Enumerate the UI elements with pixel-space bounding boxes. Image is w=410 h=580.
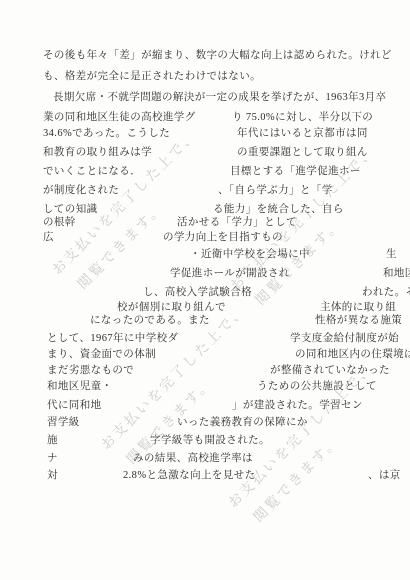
text-segment: の学力向上を目指すもの [163, 229, 283, 244]
text-segment: いった義務教育の保障にか [177, 414, 308, 429]
text-segment: ナ [47, 450, 58, 465]
text-segment: 広 [43, 229, 54, 244]
text-line: 校が個別に取り組んで主体的に取り組 [0, 299, 410, 313]
text-line: の根幹活かせる「学力」として [0, 214, 410, 228]
text-segment: 活かせる「学力」として [177, 214, 297, 229]
text-segment: 学促進ホールが開設され [170, 265, 290, 280]
text-segment: 生 [386, 246, 397, 261]
text-segment: 年代にはいると京都市は同 [237, 125, 368, 140]
text-line: 業の同和地区生徒の高校進学グり 75.0%に対し、半分以下の [0, 109, 410, 123]
text-line: 34.6%であった。こうした年代にはいると京都市は同 [0, 125, 410, 139]
text-segment: 代に同和地 [47, 397, 102, 412]
text-segment: が制度化された [43, 182, 119, 197]
text-line: も、格差が完全に是正されたわけではない。 [0, 68, 410, 82]
text-segment: 習学級 [47, 414, 80, 429]
text-segment: 施 [47, 432, 58, 447]
text-line: し、高校入学試験合格われた。そ [0, 284, 410, 298]
text-line: 学促進ホールが開設され和地区 [0, 265, 410, 279]
text-segment: ・近衛中学校を会場に中 [190, 246, 310, 261]
text-segment: みの結果、高校進学率は [133, 450, 253, 465]
text-line: しての知識る能力」を統合した、自ら [0, 201, 410, 215]
text-segment: 34.6%であった。こうした [43, 125, 170, 140]
text-segment: が整備されていなかった [270, 362, 390, 377]
text-segment: し、高校入学試験合格 [143, 284, 252, 299]
text-segment: 学支度金給付制度が始 [290, 330, 399, 345]
text-segment: でいくことになる． [43, 163, 141, 178]
scanned-document-page: その後も年々「差」が縮まり、数字の大幅な向上は認められた。けれども、格差が完全に… [0, 0, 410, 580]
text-segment: 目標とする「進学促進ホー [230, 163, 361, 178]
text-line: として、1967年に中学校ダ学支度金給付制度が始 [0, 330, 410, 344]
text-segment: 性格が異なる施策 [315, 312, 402, 327]
document-text-layer: その後も年々「差」が縮まり、数字の大幅な向上は認められた。けれども、格差が完全に… [0, 0, 410, 580]
text-segment: として、1967年に中学校ダ [47, 330, 178, 345]
text-line: になったのである。また性格が異なる施策 [0, 312, 410, 326]
text-segment: 対 [47, 467, 58, 482]
text-segment: の同和地区内の住環境は [295, 346, 410, 361]
text-segment: 長期欠席・不就学問題の解決が一定の成果を挙げたが、1963年3月卒 [53, 89, 386, 104]
text-segment: われた。そ [362, 284, 410, 299]
text-line: 代に同和地」が建設された。学習セン [0, 397, 410, 411]
text-segment: うための公共施設として [257, 378, 377, 393]
text-line: その後も年々「差」が縮まり、数字の大幅な向上は認められた。けれど [0, 47, 410, 61]
text-line: 和教育の取り組みは学の重要課題として取り組ん [0, 144, 410, 158]
text-segment: 和地区 [383, 265, 410, 280]
text-segment: その後も年々「差」が縮まり、数字の大幅な向上は認められた。けれど [43, 47, 392, 62]
text-segment: の根幹 [43, 214, 76, 229]
text-segment: も、格差が完全に是正されたわけではない。 [43, 68, 261, 83]
text-segment: になったのである。また [90, 312, 210, 327]
text-segment: 2.8%と急激な向上を見せた [123, 467, 255, 482]
text-segment: 字学級等も開設された。 [150, 432, 270, 447]
text-line: 広の学力向上を目指すもの [0, 229, 410, 243]
text-segment: の重要課題として取り組ん [237, 144, 368, 159]
text-line: ・近衛中学校を会場に中生 [0, 246, 410, 260]
text-line: が制度化された、「自ら学ぶ力」と「学 [0, 182, 410, 196]
text-line: 習学級いった義務教育の保障にか [0, 414, 410, 428]
text-line: 施字学級等も開設された。 [0, 432, 410, 446]
text-line: 和地区児童・うための公共施設として [0, 378, 410, 392]
text-line: 対2.8%と急激な向上を見せた、は京 [0, 467, 410, 481]
text-line: 長期欠席・不就学問題の解決が一定の成果を挙げたが、1963年3月卒 [0, 89, 410, 103]
text-segment: 和教育の取り組みは学 [43, 144, 152, 159]
text-segment: り 75.0%に対し、半分以下の [232, 109, 373, 124]
text-line: まだ劣悪なものでが整備されていなかった [0, 362, 410, 376]
text-line: まり、資金面での体制の同和地区内の住環境は [0, 346, 410, 360]
text-segment: まり、資金面での体制 [47, 346, 156, 361]
text-segment: 業の同和地区生徒の高校進学グ [43, 109, 196, 124]
text-segment: 、は京 [368, 467, 401, 482]
text-segment: まだ劣悪なもので [47, 362, 134, 377]
text-line: でいくことになる．目標とする「進学促進ホー [0, 163, 410, 177]
text-segment: 」が建設された。学習セン [232, 397, 363, 412]
text-segment: 和地区児童・ [47, 378, 112, 393]
text-segment: 、「自ら学ぶ力」と「学 [218, 182, 333, 197]
text-line: ナみの結果、高校進学率は [0, 450, 410, 464]
